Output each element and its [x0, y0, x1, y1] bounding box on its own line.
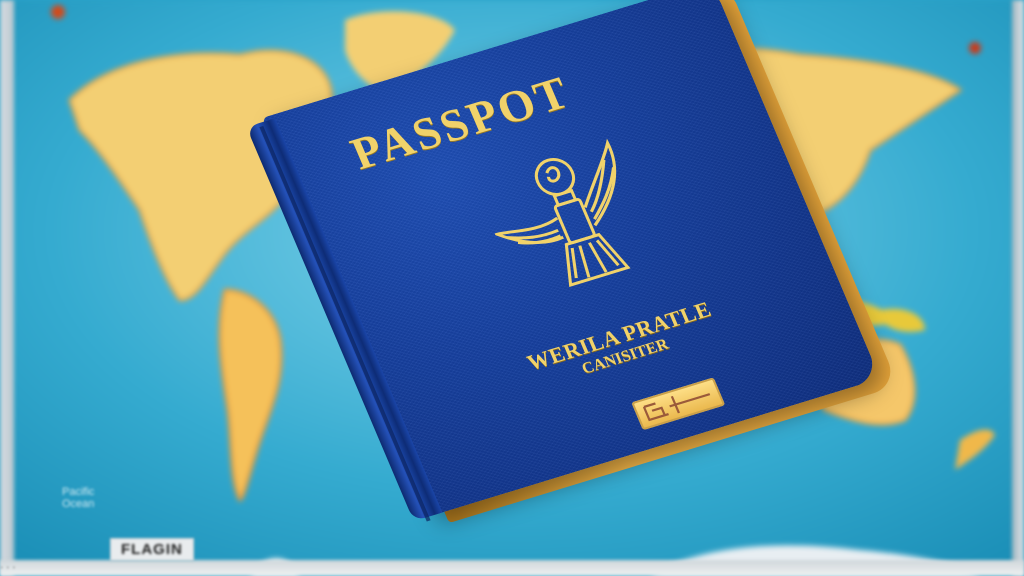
- photo-scene: Pacific Ocean FLAGIN · · · PASSPOT: [0, 0, 1024, 576]
- biometric-chip-icon: [631, 377, 725, 430]
- passport-container: PASSPOT WERILA PRATLE: [0, 0, 1024, 576]
- passport-cover: PASSPOT WERILA PRATLE: [262, 0, 880, 516]
- passport: PASSPOT WERILA PRATLE: [262, 0, 880, 516]
- chip-symbol-icon: [631, 377, 725, 430]
- winged-emblem-icon: [472, 130, 694, 319]
